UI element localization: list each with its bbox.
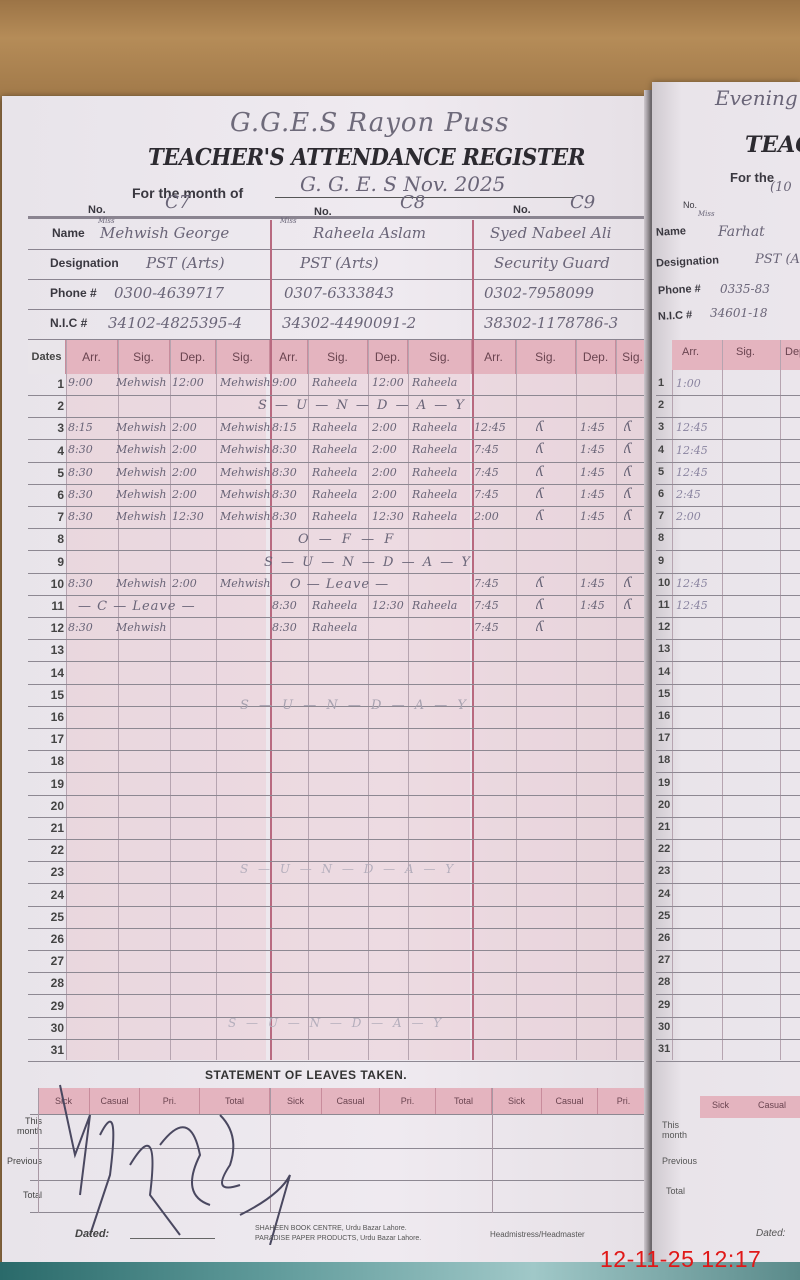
- cell: Mehwish: [116, 466, 167, 479]
- right-table-row: 1012:45: [656, 574, 800, 596]
- staff-3-phone: 0302-7958099: [484, 284, 594, 302]
- t1-dep-header: Dep.: [170, 340, 216, 374]
- date-number: 23: [28, 865, 64, 879]
- right-table-row: 17: [656, 729, 800, 751]
- date-number: 16: [28, 710, 64, 724]
- staff-info-block: Name Miss Mehwish George Miss Raheela As…: [28, 220, 648, 340]
- right-table-row: 22: [656, 840, 800, 862]
- date-number: 24: [28, 888, 64, 902]
- right-table-row: 8: [656, 529, 800, 551]
- cell: 8:30: [68, 577, 93, 590]
- right-page-sig-header: Sig.: [736, 346, 755, 358]
- right-leaves-row-previous: Previous: [662, 1156, 697, 1166]
- cell: ʎ: [624, 464, 632, 480]
- table-row: 17: [28, 729, 650, 751]
- cell: 1:45: [580, 577, 605, 590]
- staff-2-name: Raheela Aslam: [313, 224, 426, 242]
- right-table-row: 24: [656, 885, 800, 907]
- cell: 8:30: [68, 621, 93, 634]
- cell: 8:30: [68, 443, 93, 456]
- right-leaves-row-this-month: This month: [662, 1120, 698, 1140]
- table-row: 24: [28, 885, 650, 907]
- sunday-note: S — U — N — D — A — Y: [258, 398, 466, 413]
- cell: 1:45: [580, 443, 605, 456]
- t1-sig-header: Sig.: [118, 340, 170, 374]
- right-leaves-sick: Sick: [712, 1100, 729, 1110]
- right-table-row: 512:45: [656, 463, 800, 485]
- right-table-row: 31: [656, 1040, 800, 1062]
- right-date-number: 1: [658, 377, 664, 389]
- leave-note: — C — Leave —: [78, 599, 196, 614]
- right-date-number: 12: [658, 621, 670, 633]
- right-arr-value: 12:45: [676, 599, 708, 612]
- cell: Mehwish: [220, 510, 271, 523]
- t2-sig-header: Sig.: [308, 340, 368, 374]
- cell: 8:30: [272, 599, 297, 612]
- cell: Mehwish: [116, 621, 167, 634]
- staff-2-nic: 34302-4490091-2: [282, 314, 416, 332]
- leaves-vline: [492, 1088, 493, 1213]
- right-table-row: 27: [656, 951, 800, 973]
- right-table-row: 20: [656, 796, 800, 818]
- cell: ʎ: [536, 486, 544, 502]
- cell: Mehwish: [116, 488, 167, 501]
- designation-label: Designation: [50, 256, 119, 270]
- cell: 12:00: [372, 376, 404, 389]
- staff-2-designation: PST (Arts): [300, 254, 379, 272]
- right-date-number: 14: [658, 666, 670, 678]
- right-table-row: 412:45: [656, 441, 800, 463]
- cell: ʎ: [536, 597, 544, 613]
- cell: Mehwish: [220, 577, 271, 590]
- right-table-row: 28: [656, 973, 800, 995]
- right-date-number: 9: [658, 555, 664, 567]
- phone-row: Phone # 0300-4639717 0307-6333843 0302-7…: [28, 280, 648, 310]
- cell: 9:00: [272, 376, 297, 389]
- cell: Raheela: [312, 488, 357, 501]
- register-title: TEACHER'S ATTENDANCE REGISTER: [148, 144, 585, 171]
- cell: Mehwish: [116, 577, 167, 590]
- right-date-number: 23: [658, 865, 670, 877]
- headmistress-signature: [40, 1075, 320, 1245]
- right-arr-value: 12:45: [676, 466, 708, 479]
- cell: Raheela: [412, 599, 457, 612]
- cell: 12:00: [172, 376, 204, 389]
- right-date-number: 21: [658, 821, 670, 833]
- right-date-number: 13: [658, 643, 670, 655]
- cell: 2:00: [372, 466, 397, 479]
- cell: Mehwish: [220, 376, 271, 389]
- cell: Raheela: [312, 621, 357, 634]
- cell: Raheela: [412, 488, 457, 501]
- name-row: Name Miss Mehwish George Miss Raheela As…: [28, 220, 648, 250]
- cell: 2:00: [372, 443, 397, 456]
- right-date-number: 5: [658, 466, 664, 478]
- right-page-dep-header: Dep.: [785, 346, 800, 358]
- leaves-total-header: Total: [436, 1088, 492, 1114]
- table-row: 21: [28, 818, 650, 840]
- right-table-row: 15: [656, 685, 800, 707]
- cell: 12:30: [172, 510, 204, 523]
- cell: Mehwish: [220, 443, 271, 456]
- dated-line: [130, 1238, 215, 1239]
- wooden-table-surface: [0, 0, 800, 95]
- right-date-number: 4: [658, 444, 664, 456]
- cell: 2:00: [172, 421, 197, 434]
- cell: 12:30: [372, 510, 404, 523]
- right-date-number: 15: [658, 688, 670, 700]
- right-table-row: 16: [656, 707, 800, 729]
- dates-header: Dates: [28, 340, 66, 374]
- cell: 2:00: [474, 510, 499, 523]
- right-date-number: 10: [658, 577, 670, 589]
- right-date-number: 25: [658, 910, 670, 922]
- staff-2-phone: 0307-6333843: [284, 284, 394, 302]
- right-date-number: 27: [658, 954, 670, 966]
- t3-dep-header: Dep.: [576, 340, 616, 374]
- cell: ʎ: [536, 464, 544, 480]
- right-leaves-row-total: Total: [666, 1186, 685, 1196]
- cell: 2:00: [172, 577, 197, 590]
- date-number: 15: [28, 688, 64, 702]
- right-table-row: 18: [656, 751, 800, 773]
- cell: ʎ: [624, 441, 632, 457]
- cell: 8:30: [272, 510, 297, 523]
- right-date-number: 20: [658, 799, 670, 811]
- right-date-number: 19: [658, 777, 670, 789]
- cell: 8:15: [68, 421, 93, 434]
- cell: 2:00: [372, 421, 397, 434]
- date-number: 20: [28, 799, 64, 813]
- off-note: O — F — F: [298, 532, 396, 547]
- right-table-row: 2: [656, 396, 800, 418]
- phone-label: Phone #: [50, 286, 97, 300]
- publisher-line-2: PARADISE PAPER PRODUCTS, Urdu Bazar Laho…: [255, 1234, 421, 1244]
- date-number: 26: [28, 932, 64, 946]
- cell: Raheela: [412, 466, 457, 479]
- right-page-rows: 11:002312:45412:45512:4562:4572:00891012…: [656, 374, 800, 1064]
- leaves-pri-header: Pri.: [598, 1088, 650, 1114]
- cell: Mehwish: [220, 488, 271, 501]
- cell: 9:00: [68, 376, 93, 389]
- cell: Raheela: [312, 421, 357, 434]
- leaves-sick-header: Sick: [492, 1088, 542, 1114]
- leaves-pri-header: Pri.: [380, 1088, 436, 1114]
- sunday-note: S — U — N — D — A — Y: [264, 555, 472, 570]
- date-number: 27: [28, 954, 64, 968]
- table-row: 25: [28, 907, 650, 929]
- right-table-row: 26: [656, 929, 800, 951]
- right-date-number: 16: [658, 710, 670, 722]
- right-date-number: 31: [658, 1043, 670, 1055]
- right-dated-label: Dated:: [756, 1228, 785, 1239]
- headmistress-signature-label: Headmistress/Headmaster: [490, 1230, 585, 1239]
- staff-1-name: Mehwish George: [100, 224, 229, 242]
- cell: Raheela: [412, 421, 457, 434]
- cell: Raheela: [412, 443, 457, 456]
- cell: Raheela: [412, 376, 457, 389]
- right-page-month-label: For the: [730, 170, 774, 185]
- date-number: 21: [28, 821, 64, 835]
- t2-arr-header: Arr.: [270, 340, 308, 374]
- cell: 8:30: [68, 466, 93, 479]
- staff-3-designation: Security Guard: [494, 254, 610, 272]
- right-table-row: 62:45: [656, 485, 800, 507]
- table-row: 31: [28, 1040, 650, 1062]
- cell: 12:30: [372, 599, 404, 612]
- right-date-number: 3: [658, 421, 664, 433]
- right-date-number: 2: [658, 399, 664, 411]
- header-divider: [28, 216, 650, 219]
- no-value-1: C7: [165, 192, 190, 213]
- dated-label: Dated:: [75, 1228, 109, 1240]
- date-number: 19: [28, 777, 64, 791]
- no-value-3: C9: [570, 192, 595, 213]
- t3-arr-header: Arr.: [472, 340, 516, 374]
- t2-sig2-header: Sig.: [408, 340, 472, 374]
- date-number: 29: [28, 999, 64, 1013]
- right-date-number: 17: [658, 732, 670, 744]
- nic-row: N.I.C # 34102-4825395-4 34302-4490091-2 …: [28, 310, 648, 340]
- right-table-row: 72:00: [656, 507, 800, 529]
- cell: ʎ: [536, 619, 544, 635]
- school-name-handwritten: G.G.E.S Rayon Puss: [230, 108, 510, 138]
- right-table-row: 11:00: [656, 374, 800, 396]
- right-table-row: 13: [656, 640, 800, 662]
- t1-arr-header: Arr.: [66, 340, 118, 374]
- staff-3-nic: 38302-1178786-3: [484, 314, 618, 332]
- right-table-row: 25: [656, 907, 800, 929]
- no-label-3: No.: [513, 204, 531, 216]
- right-table-row: 12: [656, 618, 800, 640]
- cell: Mehwish: [116, 510, 167, 523]
- right-date-number: 30: [658, 1021, 670, 1033]
- date-number: 22: [28, 843, 64, 857]
- photo-timestamp: 12-11-25 12:17: [600, 1246, 761, 1273]
- right-date-number: 7: [658, 510, 664, 522]
- right-date-number: 22: [658, 843, 670, 855]
- right-table-row: 9: [656, 552, 800, 574]
- cell: 2:00: [372, 488, 397, 501]
- cell: 1:45: [580, 599, 605, 612]
- right-arr-value: 12:45: [676, 577, 708, 590]
- cell: 8:30: [68, 488, 93, 501]
- info-divider-1: [270, 220, 272, 340]
- table-row: 18: [28, 751, 650, 773]
- cell: ʎ: [536, 419, 544, 435]
- t2-dep-header: Dep.: [368, 340, 408, 374]
- cell: 7:45: [474, 621, 499, 634]
- right-arr-value: 12:45: [676, 444, 708, 457]
- cell: Mehwish: [220, 466, 271, 479]
- cell: 7:45: [474, 466, 499, 479]
- date-number: 17: [28, 732, 64, 746]
- right-date-number: 24: [658, 888, 670, 900]
- right-table-row: 23: [656, 862, 800, 884]
- info-divider-2: [472, 220, 474, 340]
- table-row: 26: [28, 929, 650, 951]
- date-number: 28: [28, 976, 64, 990]
- date-number: 25: [28, 910, 64, 924]
- right-page-name-label: Name: [656, 225, 687, 239]
- cell: ʎ: [536, 508, 544, 524]
- right-page-phone: 0335-83: [720, 282, 770, 296]
- cell: 2:00: [172, 466, 197, 479]
- right-leaves-casual: Casual: [758, 1100, 786, 1110]
- cell: ʎ: [536, 441, 544, 457]
- right-page-title: TEAC: [745, 132, 800, 158]
- leaves-casual-header: Casual: [322, 1088, 380, 1114]
- table-row: 19: [28, 774, 650, 796]
- cell: 2:00: [172, 443, 197, 456]
- cell: 12:45: [474, 421, 506, 434]
- no-value-2: C8: [400, 192, 425, 213]
- cell: 8:15: [272, 421, 297, 434]
- table-row: 20: [28, 796, 650, 818]
- right-table-row: 312:45: [656, 418, 800, 440]
- right-table-row: 29: [656, 996, 800, 1018]
- leaves-row-previous: Previous: [0, 1156, 42, 1166]
- right-date-number: 26: [658, 932, 670, 944]
- leave-note: O — Leave —: [290, 577, 389, 592]
- cell: ʎ: [624, 597, 632, 613]
- right-page-nic: 34601-18: [710, 306, 768, 320]
- staff-1-nic: 34102-4825395-4: [108, 314, 242, 332]
- cell: ʎ: [624, 575, 632, 591]
- right-table-row: 21: [656, 818, 800, 840]
- cell: Raheela: [312, 510, 357, 523]
- cell: 7:45: [474, 577, 499, 590]
- publisher-line-1: SHAHEEN BOOK CENTRE, Urdu Bazar Lahore.: [255, 1224, 421, 1234]
- table-row: 29: [28, 996, 650, 1018]
- right-page-month-value: (10: [770, 180, 792, 195]
- sunday-note: S — U — N — D — A — Y: [240, 862, 456, 876]
- date-number: 30: [28, 1021, 64, 1035]
- cell: 7:45: [474, 488, 499, 501]
- name-label: Name: [52, 226, 85, 240]
- t3-sig-header: Sig.: [516, 340, 576, 374]
- right-page-name-prefix: Miss: [698, 210, 715, 218]
- staff-1-phone: 0300-4639717: [114, 284, 224, 302]
- right-page-name: Farhat: [718, 224, 765, 240]
- right-table-row: 14: [656, 663, 800, 685]
- date-number: 31: [28, 1043, 64, 1057]
- cell: 8:30: [68, 510, 93, 523]
- right-date-number: 29: [658, 999, 670, 1011]
- right-arr-value: 12:45: [676, 421, 708, 434]
- right-page-no-label: No.: [683, 200, 697, 210]
- cell: 1:45: [580, 466, 605, 479]
- right-table-row: 19: [656, 774, 800, 796]
- table-row: 27: [28, 951, 650, 973]
- cell: 1:45: [580, 421, 605, 434]
- cell: 8:30: [272, 466, 297, 479]
- right-page-phone-label: Phone #: [658, 283, 701, 297]
- table-row: 28: [28, 973, 650, 995]
- right-date-number: 11: [658, 599, 670, 611]
- right-arr-value: 2:45: [676, 488, 701, 501]
- no-label-1: No.: [88, 204, 106, 216]
- right-table-row: 1112:45: [656, 596, 800, 618]
- leaves-vline: [38, 1088, 39, 1213]
- right-date-number: 8: [658, 532, 664, 544]
- designation-row: Designation PST (Arts) PST (Arts) Securi…: [28, 250, 648, 280]
- cell: ʎ: [536, 575, 544, 591]
- sunday-note: S — U — N — D — A — Y: [240, 698, 469, 713]
- cell: Raheela: [312, 443, 357, 456]
- staff-2-prefix: Miss: [280, 217, 297, 225]
- right-page-designation: PST (A: [755, 252, 800, 267]
- cell: Raheela: [312, 466, 357, 479]
- cell: Raheela: [412, 510, 457, 523]
- right-arr-value: 2:00: [676, 510, 701, 523]
- right-arr-value: 1:00: [676, 377, 701, 390]
- cell: 7:45: [474, 443, 499, 456]
- right-date-number: 18: [658, 754, 670, 766]
- t1-sig2-header: Sig.: [216, 340, 270, 374]
- cell: 7:45: [474, 599, 499, 612]
- right-page-handwritten-header: Evening: [715, 86, 798, 110]
- publisher-info: SHAHEEN BOOK CENTRE, Urdu Bazar Lahore. …: [255, 1224, 421, 1244]
- sunday-note: S — U — N — D — A — Y: [228, 1016, 444, 1030]
- staff-3-name: Syed Nabeel Ali: [490, 224, 611, 242]
- cell: 8:30: [272, 488, 297, 501]
- right-date-number: 6: [658, 488, 664, 500]
- cell: 8:30: [272, 443, 297, 456]
- date-number: 18: [28, 754, 64, 768]
- cell: 2:00: [172, 488, 197, 501]
- right-table-row: 30: [656, 1018, 800, 1040]
- cell: Mehwish: [116, 376, 167, 389]
- cell: 1:45: [580, 510, 605, 523]
- cell: Raheela: [312, 599, 357, 612]
- cell: ʎ: [624, 419, 632, 435]
- cell: 8:30: [272, 621, 297, 634]
- cell: 1:45: [580, 488, 605, 501]
- right-page-nic-label: N.I.C #: [658, 309, 693, 323]
- cell: Raheela: [312, 376, 357, 389]
- leaves-casual-header: Casual: [542, 1088, 598, 1114]
- nic-label: N.I.C #: [50, 316, 87, 330]
- leaves-row-total: Total: [0, 1190, 42, 1200]
- staff-1-designation: PST (Arts): [146, 254, 225, 272]
- cell: ʎ: [624, 508, 632, 524]
- attendance-entries: 9:00 Mehwish 12:00 Mehwish 9:00 Raheela …: [28, 374, 650, 674]
- cell: ʎ: [624, 486, 632, 502]
- right-page-arr-header: Arr.: [682, 346, 699, 358]
- right-date-number: 28: [658, 976, 670, 988]
- cell: Mehwish: [116, 421, 167, 434]
- leaves-row-this-month: This month: [0, 1116, 42, 1136]
- cell: Mehwish: [220, 421, 271, 434]
- cell: Mehwish: [116, 443, 167, 456]
- table-row: 22: [28, 840, 650, 862]
